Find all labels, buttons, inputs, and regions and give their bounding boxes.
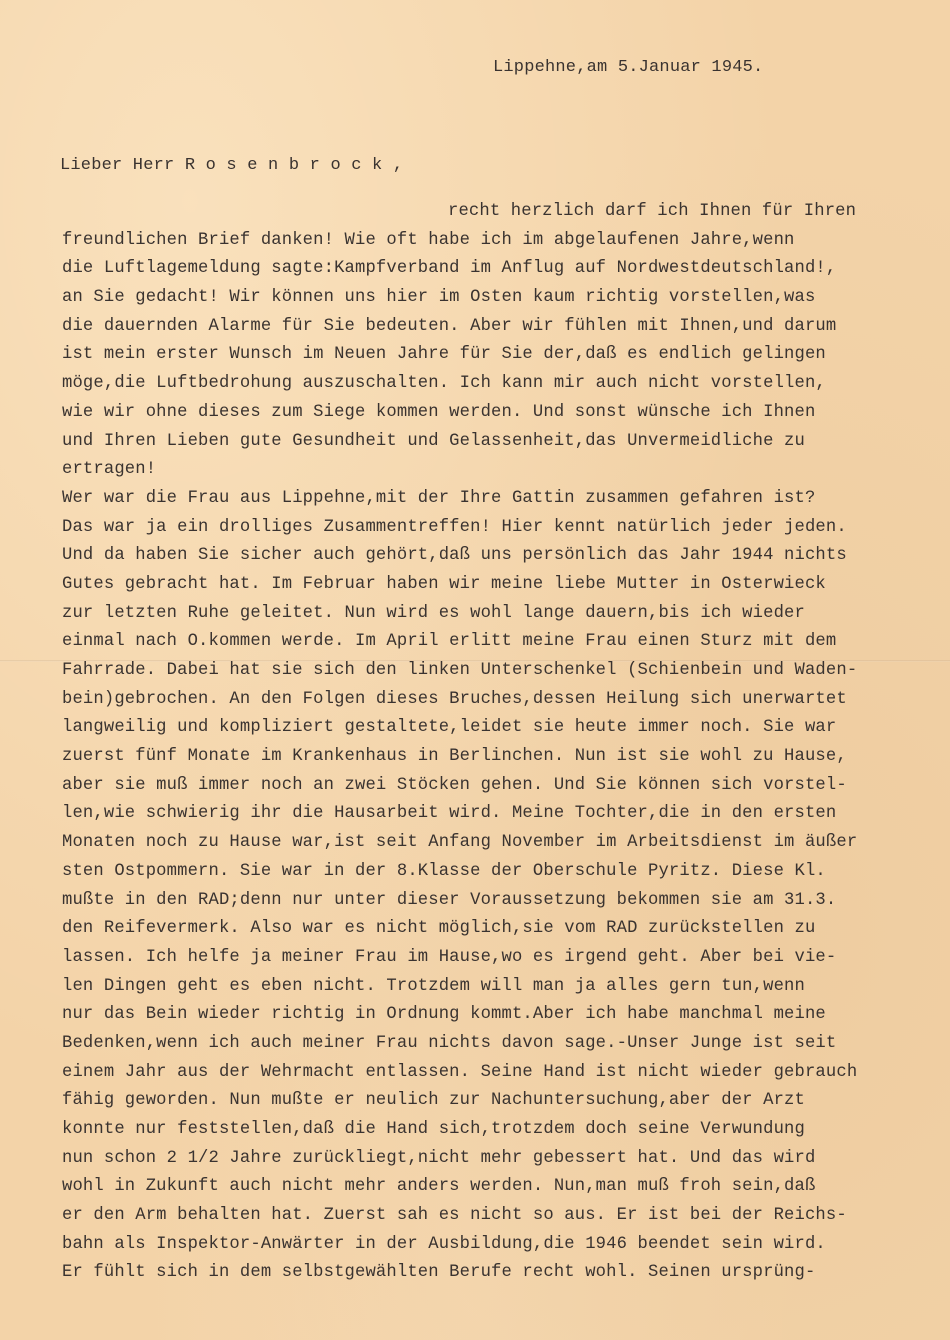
letter-line: Er fühlt sich in dem selbstgewählten Ber… (62, 1259, 950, 1288)
letter-place-date: Lippehne,am 5.Januar 1945. (493, 58, 763, 77)
letter-line: zuerst fünf Monate im Krankenhaus in Ber… (62, 743, 950, 772)
letter-line: einmal nach O.kommen werde. Im April erl… (62, 628, 950, 657)
letter-line: die dauernden Alarme für Sie bedeuten. A… (62, 313, 950, 342)
letter-line: nun schon 2 1/2 Jahre zurückliegt,nicht … (62, 1145, 950, 1174)
letter-line: langweilig und kompliziert gestaltete,le… (62, 714, 950, 743)
letter-line: Fahrrade. Dabei hat sie sich den linken … (62, 657, 950, 686)
letter-line: ertragen! (62, 456, 950, 485)
letter-line: len Dingen geht es eben nicht. Trotzdem … (62, 973, 950, 1002)
letter-line: Bedenken,wenn ich auch meiner Frau nicht… (62, 1030, 950, 1059)
letter-line: konnte nur feststellen,daß die Hand sich… (62, 1116, 950, 1145)
letter-line: freundlichen Brief danken! Wie oft habe … (62, 227, 950, 256)
letter-line: Monaten noch zu Hause war,ist seit Anfan… (62, 829, 950, 858)
letter-line: Das war ja ein drolliges Zusammentreffen… (62, 514, 950, 543)
letter-line: fähig geworden. Nun mußte er neulich zur… (62, 1087, 950, 1116)
letter-line: lassen. Ich helfe ja meiner Frau im Haus… (62, 944, 950, 973)
letter-salutation: Lieber Herr R o s e n b r o c k , (60, 156, 403, 175)
letter-line: und Ihren Lieben gute Gesundheit und Gel… (62, 428, 950, 457)
letter-line: er den Arm behalten hat. Zuerst sah es n… (62, 1202, 950, 1231)
letter-line: an Sie gedacht! Wir können uns hier im O… (62, 284, 950, 313)
letter-line: nur das Bein wieder richtig in Ordnung k… (62, 1001, 950, 1030)
letter-line: wohl in Zukunft auch nicht mehr anders w… (62, 1173, 950, 1202)
letter-line: bahn als Inspektor-Anwärter in der Ausbi… (62, 1231, 950, 1260)
letter-line: aber sie muß immer noch an zwei Stöcken … (62, 772, 950, 801)
letter-line: Und da haben Sie sicher auch gehört,daß … (62, 542, 950, 571)
letter-line: mußte in den RAD;denn nur unter dieser V… (62, 887, 950, 916)
letter-line: Wer war die Frau aus Lippehne,mit der Ih… (62, 485, 950, 514)
letter-line: Gutes gebracht hat. Im Februar haben wir… (62, 571, 950, 600)
letter-line: den Reifevermerk. Also war es nicht mögl… (62, 915, 950, 944)
letter-line: ist mein erster Wunsch im Neuen Jahre fü… (62, 341, 950, 370)
letter-line: bein)gebrochen. An den Folgen dieses Bru… (62, 686, 950, 715)
letter-line: die Luftlagemeldung sagte:Kampfverband i… (62, 255, 950, 284)
letter-line: einem Jahr aus der Wehrmacht entlassen. … (62, 1059, 950, 1088)
letter-body: recht herzlich darf ich Ihnen für Ihren … (62, 198, 950, 1288)
letter-line: len,wie schwierig ihr die Hausarbeit wir… (62, 800, 950, 829)
letter-line: wie wir ohne dieses zum Siege kommen wer… (62, 399, 950, 428)
letter-line: möge,die Luftbedrohung auszuschalten. Ic… (62, 370, 950, 399)
letter-line: zur letzten Ruhe geleitet. Nun wird es w… (62, 600, 950, 629)
letter-line: recht herzlich darf ich Ihnen für Ihren (62, 198, 950, 227)
letter-line: sten Ostpommern. Sie war in der 8.Klasse… (62, 858, 950, 887)
